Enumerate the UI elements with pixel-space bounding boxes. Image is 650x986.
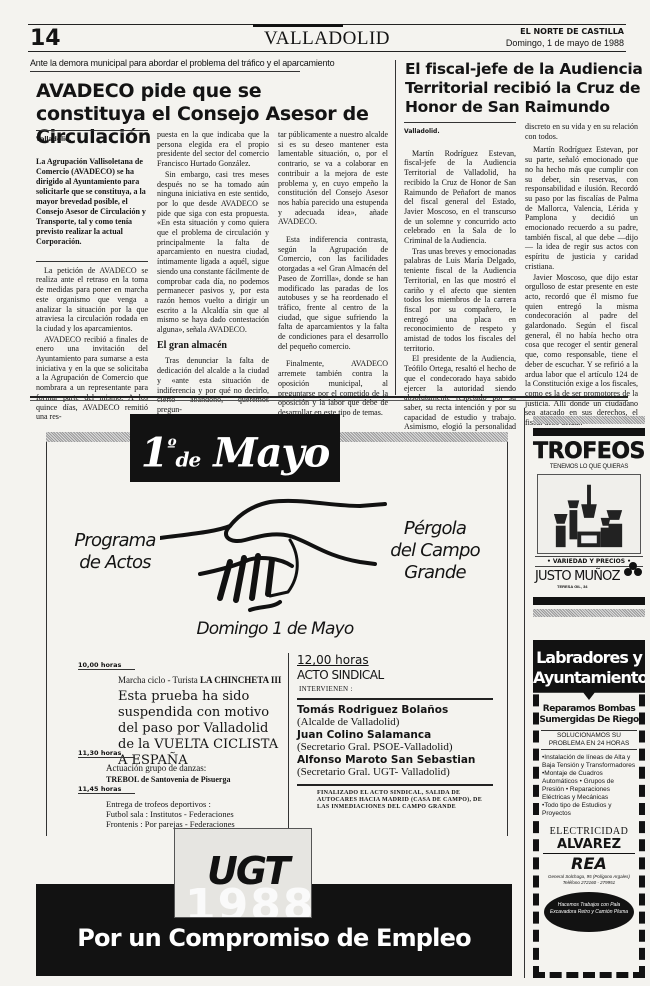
- hatch-band: [533, 416, 645, 424]
- event-text: Marcha ciclo - Turista: [118, 675, 200, 685]
- ad-trofeos: TROFEOS TENEMOS LO QUE QUIERAS • VARIEDA…: [533, 408, 645, 628]
- event-text: Entrega de trofeos deportivos :: [106, 799, 288, 809]
- hatch-band: [533, 609, 645, 617]
- hatch-band: [46, 432, 132, 442]
- paragraph: Martín Rodríguez Estevan, fiscal-jefe de…: [404, 149, 516, 246]
- handshake-icon: [160, 496, 390, 616]
- paragraph: Esta indiferencia contrasta, según la Ag…: [278, 235, 388, 351]
- article-kicker: Ante la demora municipal para abordar el…: [30, 58, 300, 72]
- script-line: Grande: [390, 562, 480, 584]
- article-column-4: Valladolid. Martín Rodríguez Estevan, fi…: [404, 122, 516, 443]
- labradores-solution: SOLUCIONAMOS SU PROBLEMA EN 24 HORAS: [541, 730, 637, 750]
- dateline: Valladolid.: [404, 127, 516, 137]
- ad-labradores: Labradores y Ayuntamientos Reparamos Bom…: [533, 640, 645, 978]
- event-1145: 11,45 horas Entrega de trofeos deportivo…: [78, 778, 288, 829]
- script-line: Pérgola: [390, 518, 480, 540]
- event-time: 11,30 horas: [78, 749, 135, 758]
- rea-logo: REA: [543, 853, 635, 873]
- section-bar: [253, 24, 343, 27]
- masthead: 14 VALLADOLID EL NORTE DE CASTILLA Domin…: [28, 24, 626, 52]
- service-item: •Todo tipo de Estudios y Proyectos: [542, 802, 636, 818]
- paragraph: tar públicamente a nuestro alcalde si es…: [278, 130, 388, 227]
- paragraph: Martín Rodríguez Estevan, por su parte, …: [525, 145, 638, 271]
- black-bar: [533, 597, 645, 605]
- paragraph: Tras denunciar la falta de dedicación de…: [157, 356, 269, 414]
- services-list: •Instalación de líneas de Alta y Baja Te…: [539, 754, 639, 818]
- paragraph: puesta en la que indicaba que la persona…: [157, 130, 269, 169]
- ugt-logo: UGT: [207, 849, 288, 893]
- title-de: de: [176, 447, 201, 471]
- sindical-footer: FINALIZADO EL ACTO SINDICAL, SALIDA DE A…: [317, 790, 492, 811]
- date-script: Domingo 1 de Mayo: [160, 618, 390, 640]
- sindical-title: ACTO SINDICAL: [297, 668, 492, 682]
- article-headline-fiscal: El fiscal-jefe de la Audiencia Territori…: [405, 60, 645, 117]
- script-line: del Campo: [390, 540, 480, 562]
- black-bar: [533, 428, 645, 436]
- trofeos-address: TERESA GIL, 34: [533, 584, 645, 589]
- speaker-role: (Secretario Gral. PSOE-Valladolid): [297, 741, 492, 754]
- event-time: 11,45 horas: [78, 785, 135, 794]
- service-item: •Instalación de líneas de Alta y Baja Te…: [542, 754, 636, 770]
- labradores-sub: Reparamos Bombas Sumergidas De Riego: [539, 704, 639, 726]
- event-highlight: LA CHINCHETA III: [200, 675, 281, 685]
- event-text: Futbol sala : Institutos - Federaciones: [106, 809, 288, 819]
- article-column-1: Valladolid. La Agrupación Vallisoletana …: [36, 130, 148, 423]
- title-ordinal: º: [168, 436, 176, 457]
- acto-sindical-block: 12,00 horas ACTO SINDICAL INTERVIENEN : …: [288, 653, 492, 831]
- newspaper-name: EL NORTE DE CASTILLA: [520, 27, 624, 36]
- company-phone: Teléfono 272160 - 279951: [539, 880, 639, 886]
- speaker-role: (Secretario Gral. UGT- Valladolid): [297, 766, 492, 779]
- speaker-name: Tomás Rodriguez Bolaños: [297, 704, 492, 716]
- paragraph: Tras unas breves y emocionadas palabras …: [404, 247, 516, 354]
- service-item: •Montaje de Cuadros Automáticos • Grupos…: [542, 770, 636, 802]
- trofeos-title: TROFEOS: [533, 440, 645, 464]
- article-column-3: tar públicamente a nuestro alcalde si es…: [278, 130, 388, 419]
- column-rule: [404, 122, 516, 123]
- script-line: Programa: [70, 530, 160, 552]
- article-lead: La Agrupación Vallisoletana de Comercio …: [36, 157, 148, 247]
- script-line: de Actos: [70, 552, 160, 574]
- pergola-script: Pérgola del Campo Grande: [390, 518, 480, 584]
- trofeos-subtitle: TENEMOS LO QUE QUIERAS: [533, 464, 645, 470]
- paragraph: Sin embargo, casi tres meses después no …: [157, 170, 269, 335]
- company-line-1: ELECTRICIDAD: [539, 826, 639, 837]
- rule: [297, 698, 493, 700]
- event-text: Actuación grupo de danzas:: [106, 763, 288, 774]
- article-column-5: discreto en su vida y en su relación con…: [525, 122, 638, 429]
- paragraph: discreto en su vida y en su relación con…: [525, 122, 638, 141]
- slogan: Por un Compromiso de Empleo: [36, 924, 512, 952]
- speaker-name: Alfonso Maroto San Sebastian: [297, 754, 492, 766]
- intervienen-label: INTERVIENEN :: [299, 685, 492, 693]
- programa-script: Programa de Actos: [70, 530, 160, 574]
- paragraph: Javier Moscoso, que dijo estar orgulloso…: [525, 273, 638, 428]
- hatch-band: [340, 432, 508, 442]
- sindical-time: 12,00 horas: [297, 653, 492, 667]
- trefoil-logo-icon: [623, 562, 643, 576]
- column-divider: [524, 408, 525, 978]
- rule: [297, 784, 493, 786]
- trophies-image: [537, 474, 641, 554]
- paragraph: La petición de AVADECO se realiza ante e…: [36, 266, 148, 334]
- services-oval: Hacemos Trabajos con Pala Excavadora Ret…: [544, 892, 634, 932]
- dateline: Valladolid.: [36, 135, 148, 145]
- ugt-logo-box: 1988 UGT: [174, 828, 312, 918]
- column-rule: [36, 130, 148, 131]
- event-time: 10,00 horas: [78, 661, 135, 670]
- ad-title-box: 1ºde Mayo: [130, 414, 340, 482]
- column-rule: [36, 261, 148, 262]
- article-column-2: puesta en la que indicaba que la persona…: [157, 130, 269, 416]
- speaker-name: Juan Colino Salamanca: [297, 729, 492, 741]
- subhead: El gran almacén: [157, 341, 269, 351]
- event-body: Entrega de trofeos deportivos : Futbol s…: [106, 799, 288, 829]
- title-number: 1: [141, 429, 168, 476]
- ad-primero-de-mayo: 1ºde Mayo Programa de Actos Pérgola del …: [30, 408, 518, 976]
- title-word: Mayo: [213, 429, 329, 476]
- issue-date: Domingo, 1 de mayo de 1988: [506, 38, 624, 48]
- column-divider: [395, 60, 396, 395]
- labradores-headline: Labradores y Ayuntamientos: [533, 640, 645, 700]
- speaker-role: (Alcalde de Valladolid): [297, 716, 492, 729]
- section-rule: [30, 396, 628, 401]
- trophy-icon: [538, 475, 640, 553]
- company-line-2: ALVAREZ: [539, 837, 639, 852]
